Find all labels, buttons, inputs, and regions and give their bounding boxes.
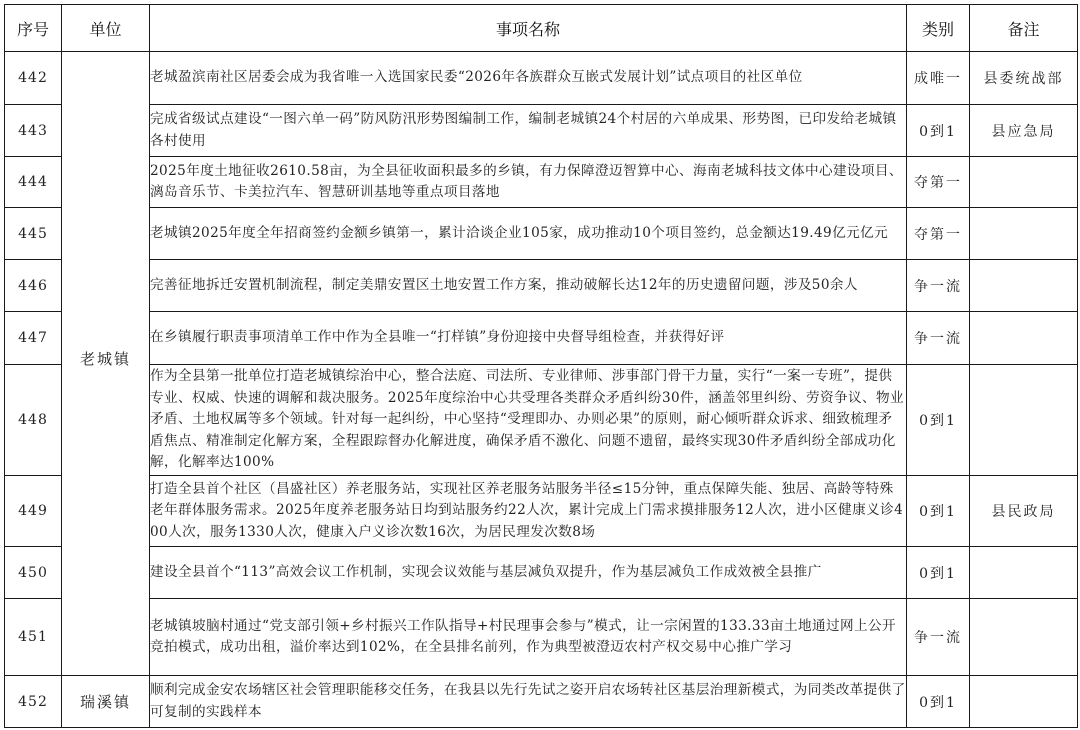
- table-row: 448 作为全县第一批单位打造老城镇综治中心，整合法庭、司法所、专业律师、涉事部…: [5, 365, 1078, 476]
- row-note: 县应急局: [970, 105, 1078, 157]
- row-note: 县委统战部: [970, 52, 1078, 105]
- table-row: 442 老城镇 老城盈滨南社区居委会成为我省唯一入选国家民委“2026年各族群众…: [5, 52, 1078, 105]
- row-note: 县民政局: [970, 476, 1078, 547]
- table-row: 452 瑞溪镇 顺利完成金安农场辖区社会管理职能移交任务，在我县以先行先试之姿开…: [5, 676, 1078, 728]
- row-item: 打造全县首个社区（昌盛社区）养老服务站，实现社区养老服务站服务半径≤15分钟，重…: [150, 476, 907, 547]
- row-item: 老城镇坡脑村通过“党支部引领+乡村振兴工作队指导+村民理事会参与”模式，让一宗闲…: [150, 599, 907, 676]
- row-seq: 452: [5, 676, 62, 728]
- row-item: 2025年度土地征收2610.58亩，为全县征收面积最多的乡镇，有力保障澄迈智算…: [150, 157, 907, 208]
- row-seq: 442: [5, 52, 62, 105]
- header-unit: 单位: [62, 5, 150, 52]
- row-category: 争一流: [907, 260, 970, 312]
- row-category: 0到1: [907, 105, 970, 157]
- header-note: 备注: [970, 5, 1078, 52]
- row-seq: 443: [5, 105, 62, 157]
- row-item: 顺利完成金安农场辖区社会管理职能移交任务，在我县以先行先试之姿开启农场转社区基层…: [150, 676, 907, 728]
- row-seq: 450: [5, 547, 62, 599]
- row-item: 老城盈滨南社区居委会成为我省唯一入选国家民委“2026年各族群众互嵌式发展计划”…: [150, 52, 907, 105]
- row-category: 0到1: [907, 476, 970, 547]
- row-note: [970, 676, 1078, 728]
- row-category: 0到1: [907, 365, 970, 476]
- row-category: 夺第一: [907, 208, 970, 260]
- unit-cell: 瑞溪镇: [62, 676, 150, 728]
- table-header-row: 序号 单位 事项名称 类别 备注: [5, 5, 1078, 52]
- row-category: 夺第一: [907, 157, 970, 208]
- table-row: 450 建设全县首个“113”高效会议工作机制，实现会议效能与基层减负双提升，作…: [5, 547, 1078, 599]
- table-row: 446 完善征地拆迁安置机制流程，制定美鼎安置区土地安置工作方案，推动破解长达1…: [5, 260, 1078, 312]
- row-item: 在乡镇履行职责事项清单工作中作为全县唯一“打样镇”身份迎接中央督导组检查，并获得…: [150, 312, 907, 365]
- row-item: 作为全县第一批单位打造老城镇综治中心，整合法庭、司法所、专业律师、涉事部门骨干力…: [150, 365, 907, 476]
- row-category: 争一流: [907, 312, 970, 365]
- achievements-table: 序号 单位 事项名称 类别 备注 442 老城镇 老城盈滨南社区居委会成为我省唯…: [4, 4, 1078, 728]
- row-category: 0到1: [907, 676, 970, 728]
- table-row: 449 打造全县首个社区（昌盛社区）养老服务站，实现社区养老服务站服务半径≤15…: [5, 476, 1078, 547]
- row-seq: 449: [5, 476, 62, 547]
- row-note: [970, 157, 1078, 208]
- row-note: [970, 547, 1078, 599]
- row-seq: 447: [5, 312, 62, 365]
- row-seq: 446: [5, 260, 62, 312]
- row-note: [970, 365, 1078, 476]
- row-seq: 451: [5, 599, 62, 676]
- table-row: 447 在乡镇履行职责事项清单工作中作为全县唯一“打样镇”身份迎接中央督导组检查…: [5, 312, 1078, 365]
- unit-cell: 老城镇: [62, 52, 150, 676]
- row-category: 0到1: [907, 547, 970, 599]
- row-note: [970, 208, 1078, 260]
- table-row: 451 老城镇坡脑村通过“党支部引领+乡村振兴工作队指导+村民理事会参与”模式，…: [5, 599, 1078, 676]
- row-seq: 445: [5, 208, 62, 260]
- row-note: [970, 260, 1078, 312]
- row-item: 建设全县首个“113”高效会议工作机制，实现会议效能与基层减负双提升，作为基层减…: [150, 547, 907, 599]
- row-item: 完成省级试点建设“一图六单一码”防风防汛形势图编制工作，编制老城镇24个村居的六…: [150, 105, 907, 157]
- table-row: 443 完成省级试点建设“一图六单一码”防风防汛形势图编制工作，编制老城镇24个…: [5, 105, 1078, 157]
- row-seq: 448: [5, 365, 62, 476]
- header-seq: 序号: [5, 5, 62, 52]
- row-category: 成唯一: [907, 52, 970, 105]
- row-seq: 444: [5, 157, 62, 208]
- header-item: 事项名称: [150, 5, 907, 52]
- row-item: 老城镇2025年度全年招商签约金额乡镇第一，累计洽谈企业105家，成功推动10个…: [150, 208, 907, 260]
- row-note: [970, 599, 1078, 676]
- table-row: 444 2025年度土地征收2610.58亩，为全县征收面积最多的乡镇，有力保障…: [5, 157, 1078, 208]
- row-item: 完善征地拆迁安置机制流程，制定美鼎安置区土地安置工作方案，推动破解长达12年的历…: [150, 260, 907, 312]
- row-category: 争一流: [907, 599, 970, 676]
- row-note: [970, 312, 1078, 365]
- header-category: 类别: [907, 5, 970, 52]
- table-row: 445 老城镇2025年度全年招商签约金额乡镇第一，累计洽谈企业105家，成功推…: [5, 208, 1078, 260]
